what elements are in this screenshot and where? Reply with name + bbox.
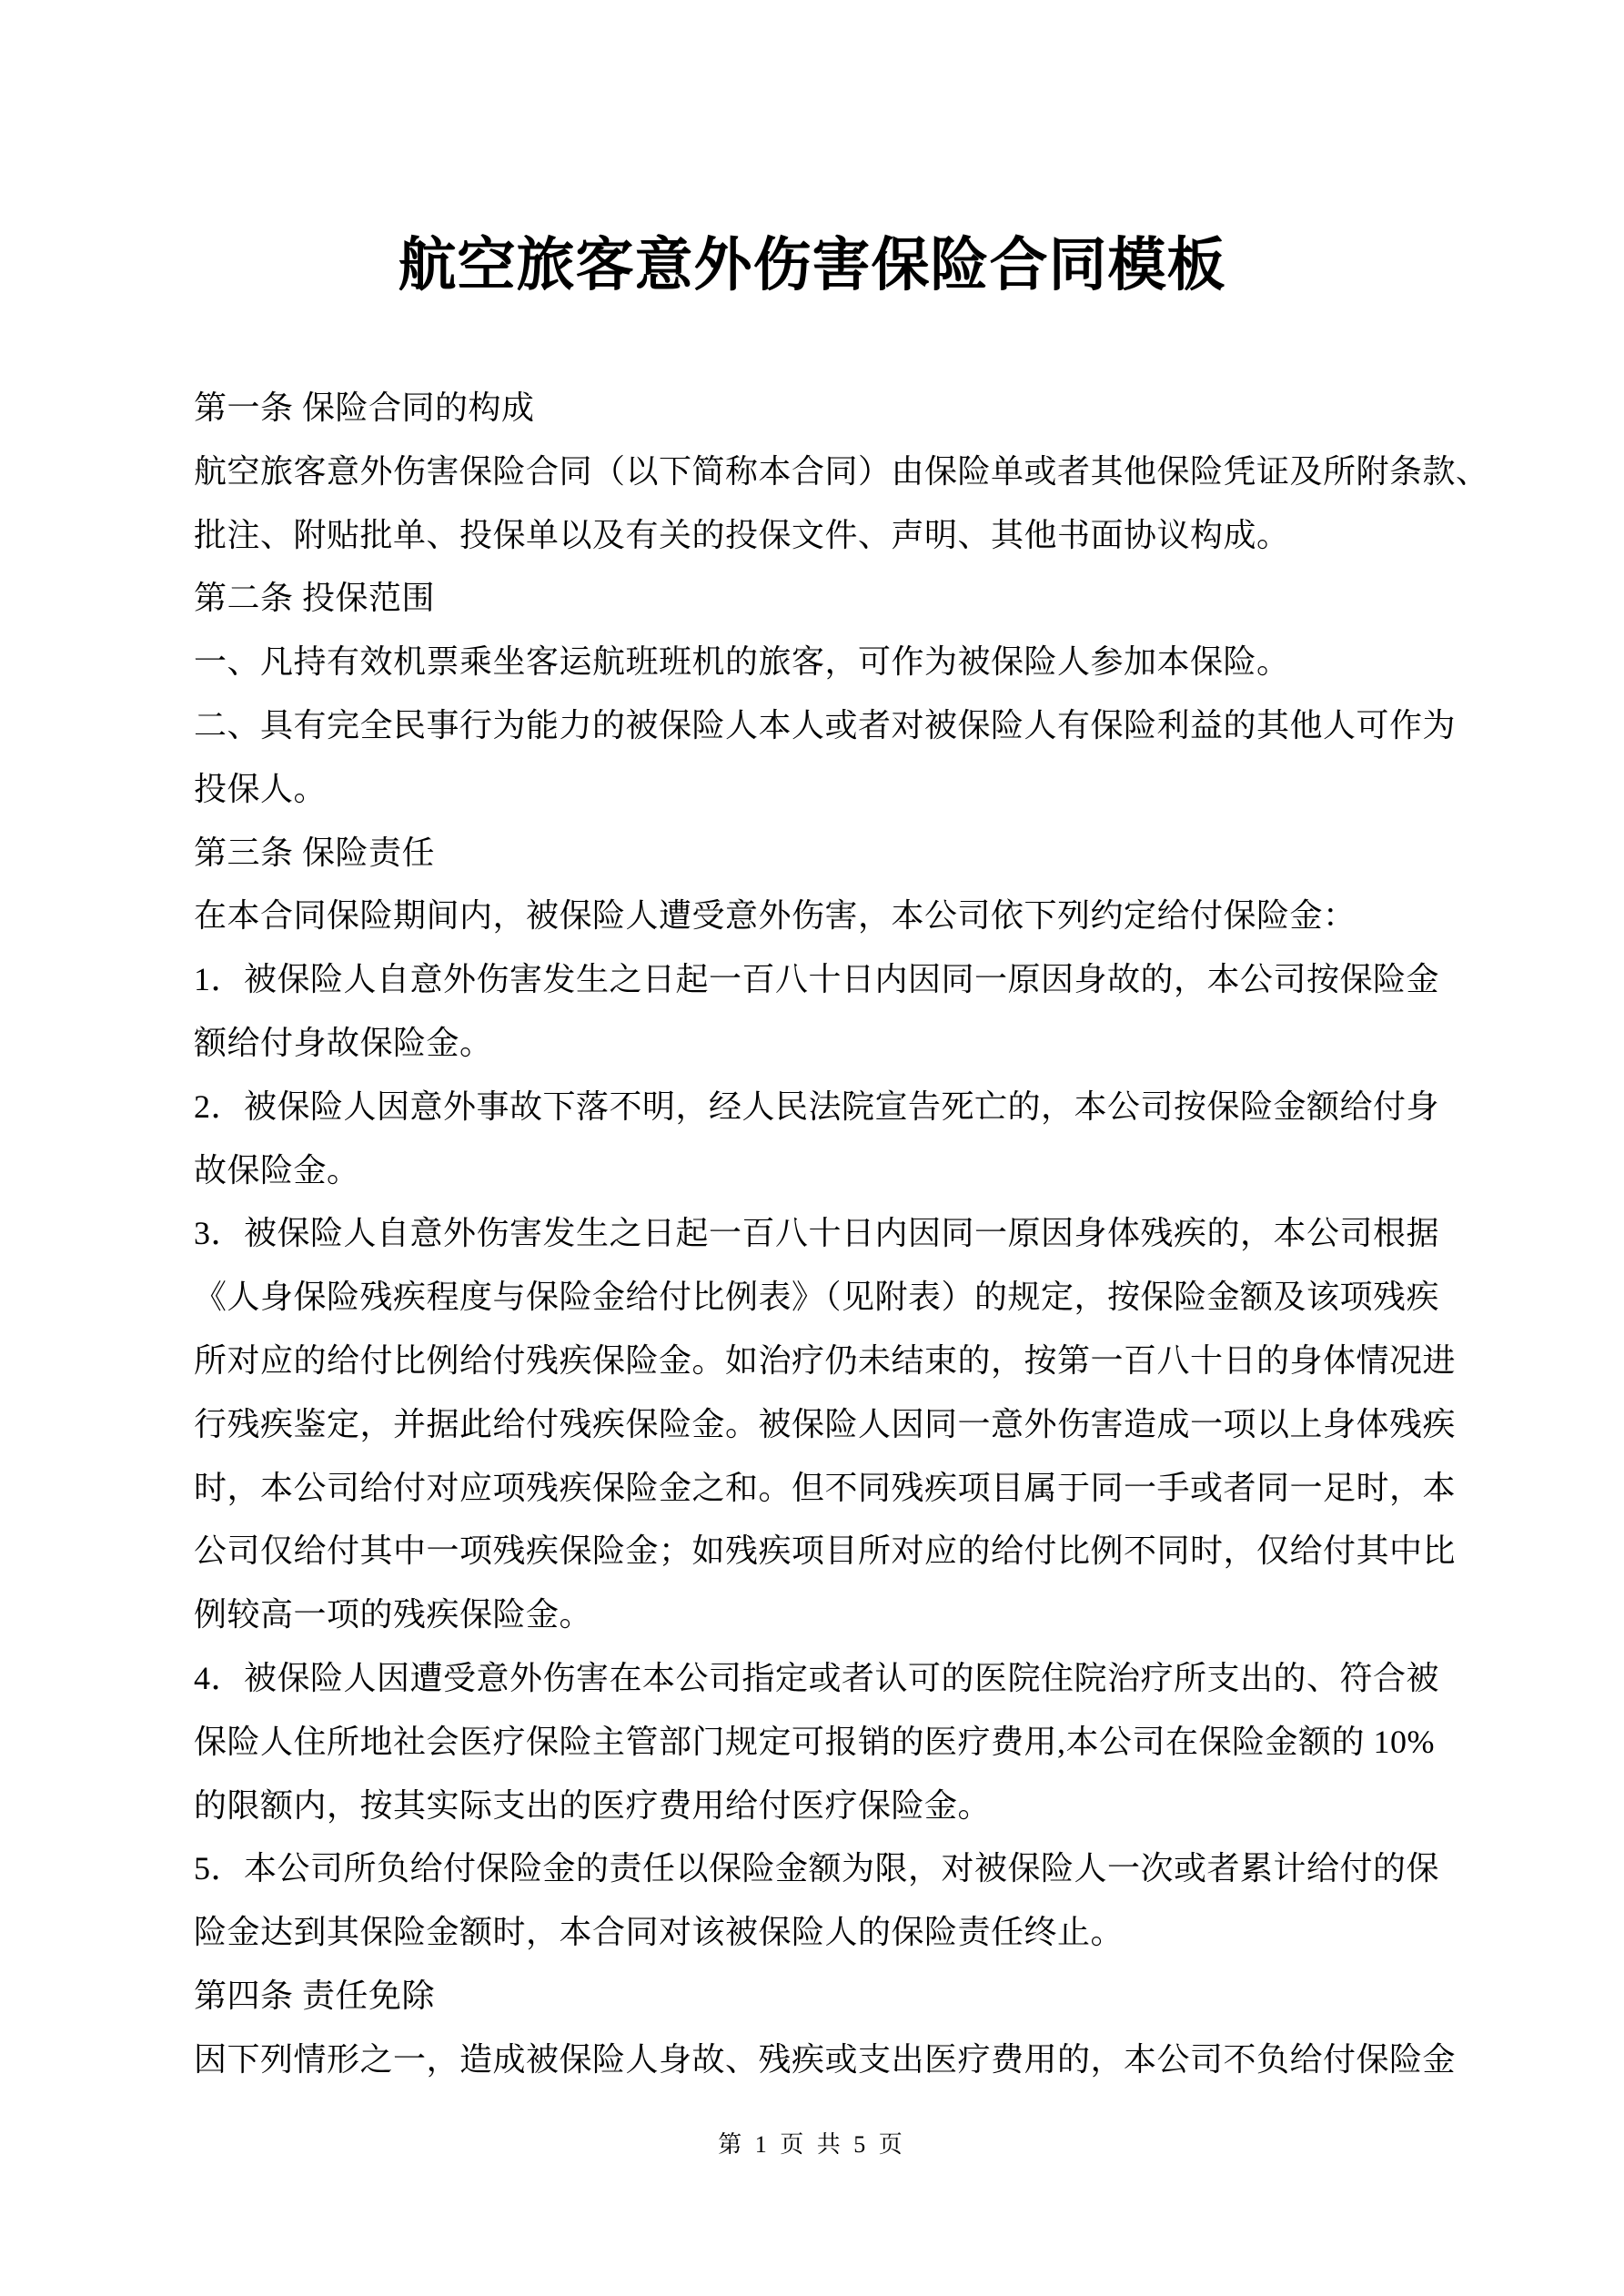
page-number: 第 1 页 共 5 页 bbox=[0, 2126, 1624, 2159]
text-line: 因下列情形之一，造成被保险人身故、残疾或支出医疗费用的，本公司不负给付保险金 bbox=[194, 2028, 1468, 2092]
article-heading: 第二条 投保范围 bbox=[194, 567, 1468, 631]
article-heading: 第四条 责任免除 bbox=[194, 1965, 1468, 2028]
text-line: 保险人住所地社会医疗保险主管部门规定可报销的医疗费用,本公司在保险金额的 10% bbox=[194, 1711, 1468, 1775]
text-line: 时，本公司给付对应项残疾保险金之和。但不同残疾项目属于同一手或者同一足时，本 bbox=[194, 1457, 1468, 1521]
document-body: 第一条 保险合同的构成 航空旅客意外伤害保险合同（以下简称本合同）由保险单或者其… bbox=[194, 377, 1468, 2092]
text-line: 例较高一项的残疾保险金。 bbox=[194, 1583, 1468, 1647]
text-line: 4．被保险人因遭受意外伤害在本公司指定或者认可的医院住院治疗所支出的、符合被 bbox=[194, 1647, 1468, 1711]
text-line: 额给付身故保险金。 bbox=[194, 1012, 1468, 1076]
text-line: 所对应的给付比例给付残疾保险金。如治疗仍未结束的，按第一百八十日的身体情况进 bbox=[194, 1330, 1468, 1393]
text-line: 故保险金。 bbox=[194, 1139, 1468, 1203]
document-title: 航空旅客意外伤害保险合同模板 bbox=[0, 218, 1624, 302]
document-page: 航空旅客意外伤害保险合同模板 第一条 保险合同的构成 航空旅客意外伤害保险合同（… bbox=[0, 0, 1624, 2296]
text-line: 的限额内，按其实际支出的医疗费用给付医疗保险金。 bbox=[194, 1775, 1468, 1838]
text-line: 5．本公司所负给付保险金的责任以保险金额为限，对被保险人一次或者累计给付的保 bbox=[194, 1837, 1468, 1901]
text-line: 2．被保险人因意外事故下落不明，经人民法院宣告死亡的，本公司按保险金额给付身 bbox=[194, 1076, 1468, 1139]
article-heading: 第三条 保险责任 bbox=[194, 822, 1468, 885]
article-heading: 第一条 保险合同的构成 bbox=[194, 377, 1468, 440]
text-line: 3．被保险人自意外伤害发生之日起一百八十日内因同一原因身体残疾的，本公司根据 bbox=[194, 1202, 1468, 1266]
text-line: 航空旅客意外伤害保险合同（以下简称本合同）由保险单或者其他保险凭证及所附条款、 bbox=[194, 440, 1468, 504]
text-line: 公司仅给付其中一项残疾保险金；如残疾项目所对应的给付比例不同时，仅给付其中比 bbox=[194, 1520, 1468, 1583]
text-line: 批注、附贴批单、投保单以及有关的投保文件、声明、其他书面协议构成。 bbox=[194, 504, 1468, 568]
text-line: 1．被保险人自意外伤害发生之日起一百八十日内因同一原因身故的，本公司按保险金 bbox=[194, 948, 1468, 1012]
text-line: 二、具有完全民事行为能力的被保险人本人或者对被保险人有保险利益的其他人可作为 bbox=[194, 694, 1468, 758]
text-line: 投保人。 bbox=[194, 758, 1468, 822]
text-line: 险金达到其保险金额时，本合同对该被保险人的保险责任终止。 bbox=[194, 1901, 1468, 1965]
text-line: 在本合同保险期间内，被保险人遭受意外伤害，本公司依下列约定给付保险金： bbox=[194, 885, 1468, 948]
text-line: 行残疾鉴定，并据此给付残疾保险金。被保险人因同一意外伤害造成一项以上身体残疾 bbox=[194, 1393, 1468, 1457]
text-line: 一、凡持有效机票乘坐客运航班班机的旅客，可作为被保险人参加本保险。 bbox=[194, 631, 1468, 694]
text-line: 《人身保险残疾程度与保险金给付比例表》（见附表）的规定，按保险金额及该项残疾 bbox=[194, 1266, 1468, 1330]
